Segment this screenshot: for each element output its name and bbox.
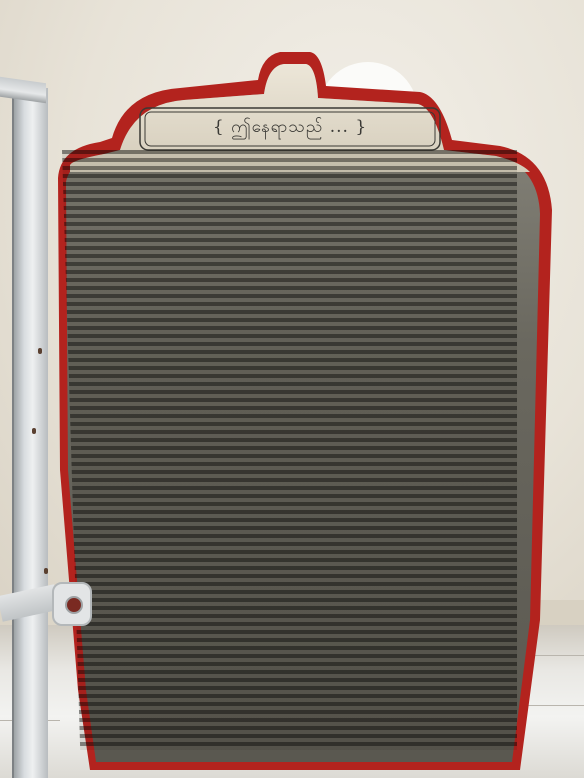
rust-spot: [32, 428, 36, 434]
rust-spot: [38, 348, 42, 354]
stone-stele: { ဤနေရာသည် ... }: [0, 0, 584, 778]
railing-clamp: [52, 582, 92, 626]
inscription-body-text: [62, 150, 517, 750]
clamp-hole: [65, 596, 83, 614]
rust-spot: [44, 568, 48, 574]
inscription-heading: { ဤနေရာသည် ... }: [150, 113, 430, 143]
metal-railing-post: [12, 88, 48, 778]
